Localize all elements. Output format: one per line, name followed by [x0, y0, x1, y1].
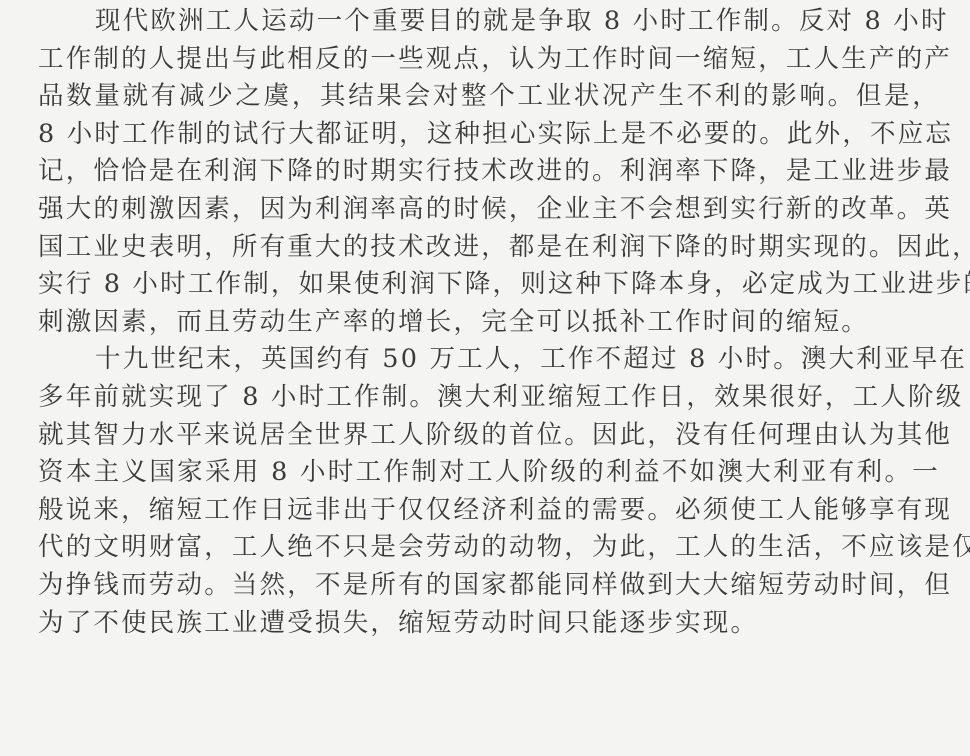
text-line: 强大的刺激因素，因为利润率高的时候，企业主不会想到实行新的改革。英	[38, 191, 940, 229]
text-line: 资本主义国家采用 8 小时工作制对工人阶级的利益不如澳大利亚有利。一	[38, 454, 940, 492]
text-line: 刺激因素，而且劳动生产率的增长，完全可以抵补工作时间的缩短。	[38, 304, 940, 342]
text-line: 现代欧洲工人运动一个重要目的就是争取 8 小时工作制。反对 8 小时	[38, 3, 940, 41]
text-line: 代的文明财富，工人绝不只是会劳动的动物，为此，工人的生活，不应该是仅	[38, 529, 940, 567]
text-line: 就其智力水平来说居全世界工人阶级的首位。因此，没有任何理由认为其他	[38, 417, 940, 455]
paragraph-1: 现代欧洲工人运动一个重要目的就是争取 8 小时工作制。反对 8 小时 工作制的人…	[38, 3, 940, 341]
paragraph-2: 十九世纪末，英国约有 50 万工人，工作不超过 8 小时。澳大利亚早在 50 多…	[38, 341, 940, 642]
text-line: 为了不使民族工业遭受损失，缩短劳动时间只能逐步实现。	[38, 605, 940, 643]
text-line: 般说来，缩短工作日远非出于仅仅经济利益的需要。必须使工人能够享有现	[38, 492, 940, 530]
text-line: 8 小时工作制的试行大都证明，这种担心实际上是不必要的。此外，不应忘	[38, 116, 940, 154]
text-line: 工作制的人提出与此相反的一些观点，认为工作时间一缩短，工人生产的产	[38, 41, 940, 79]
text-line: 记，恰恰是在利润下降的时期实行技术改进的。利润率下降，是工业进步最	[38, 153, 940, 191]
text-line: 十九世纪末，英国约有 50 万工人，工作不超过 8 小时。澳大利亚早在 50	[38, 341, 940, 379]
text-line: 多年前就实现了 8 小时工作制。澳大利亚缩短工作日，效果很好，工人阶级	[38, 379, 940, 417]
text-line: 实行 8 小时工作制，如果使利润下降，则这种下降本身，必定成为工业进步的	[38, 266, 940, 304]
text-line: 品数量就有减少之虞，其结果会对整个工业状况产生不利的影响。但是，	[38, 78, 940, 116]
text-line: 国工业史表明，所有重大的技术改进，都是在利润下降的时期实现的。因此，	[38, 229, 940, 267]
text-line: 为挣钱而劳动。当然，不是所有的国家都能同样做到大大缩短劳动时间，但	[38, 567, 940, 605]
document-page: 现代欧洲工人运动一个重要目的就是争取 8 小时工作制。反对 8 小时 工作制的人…	[38, 3, 940, 642]
